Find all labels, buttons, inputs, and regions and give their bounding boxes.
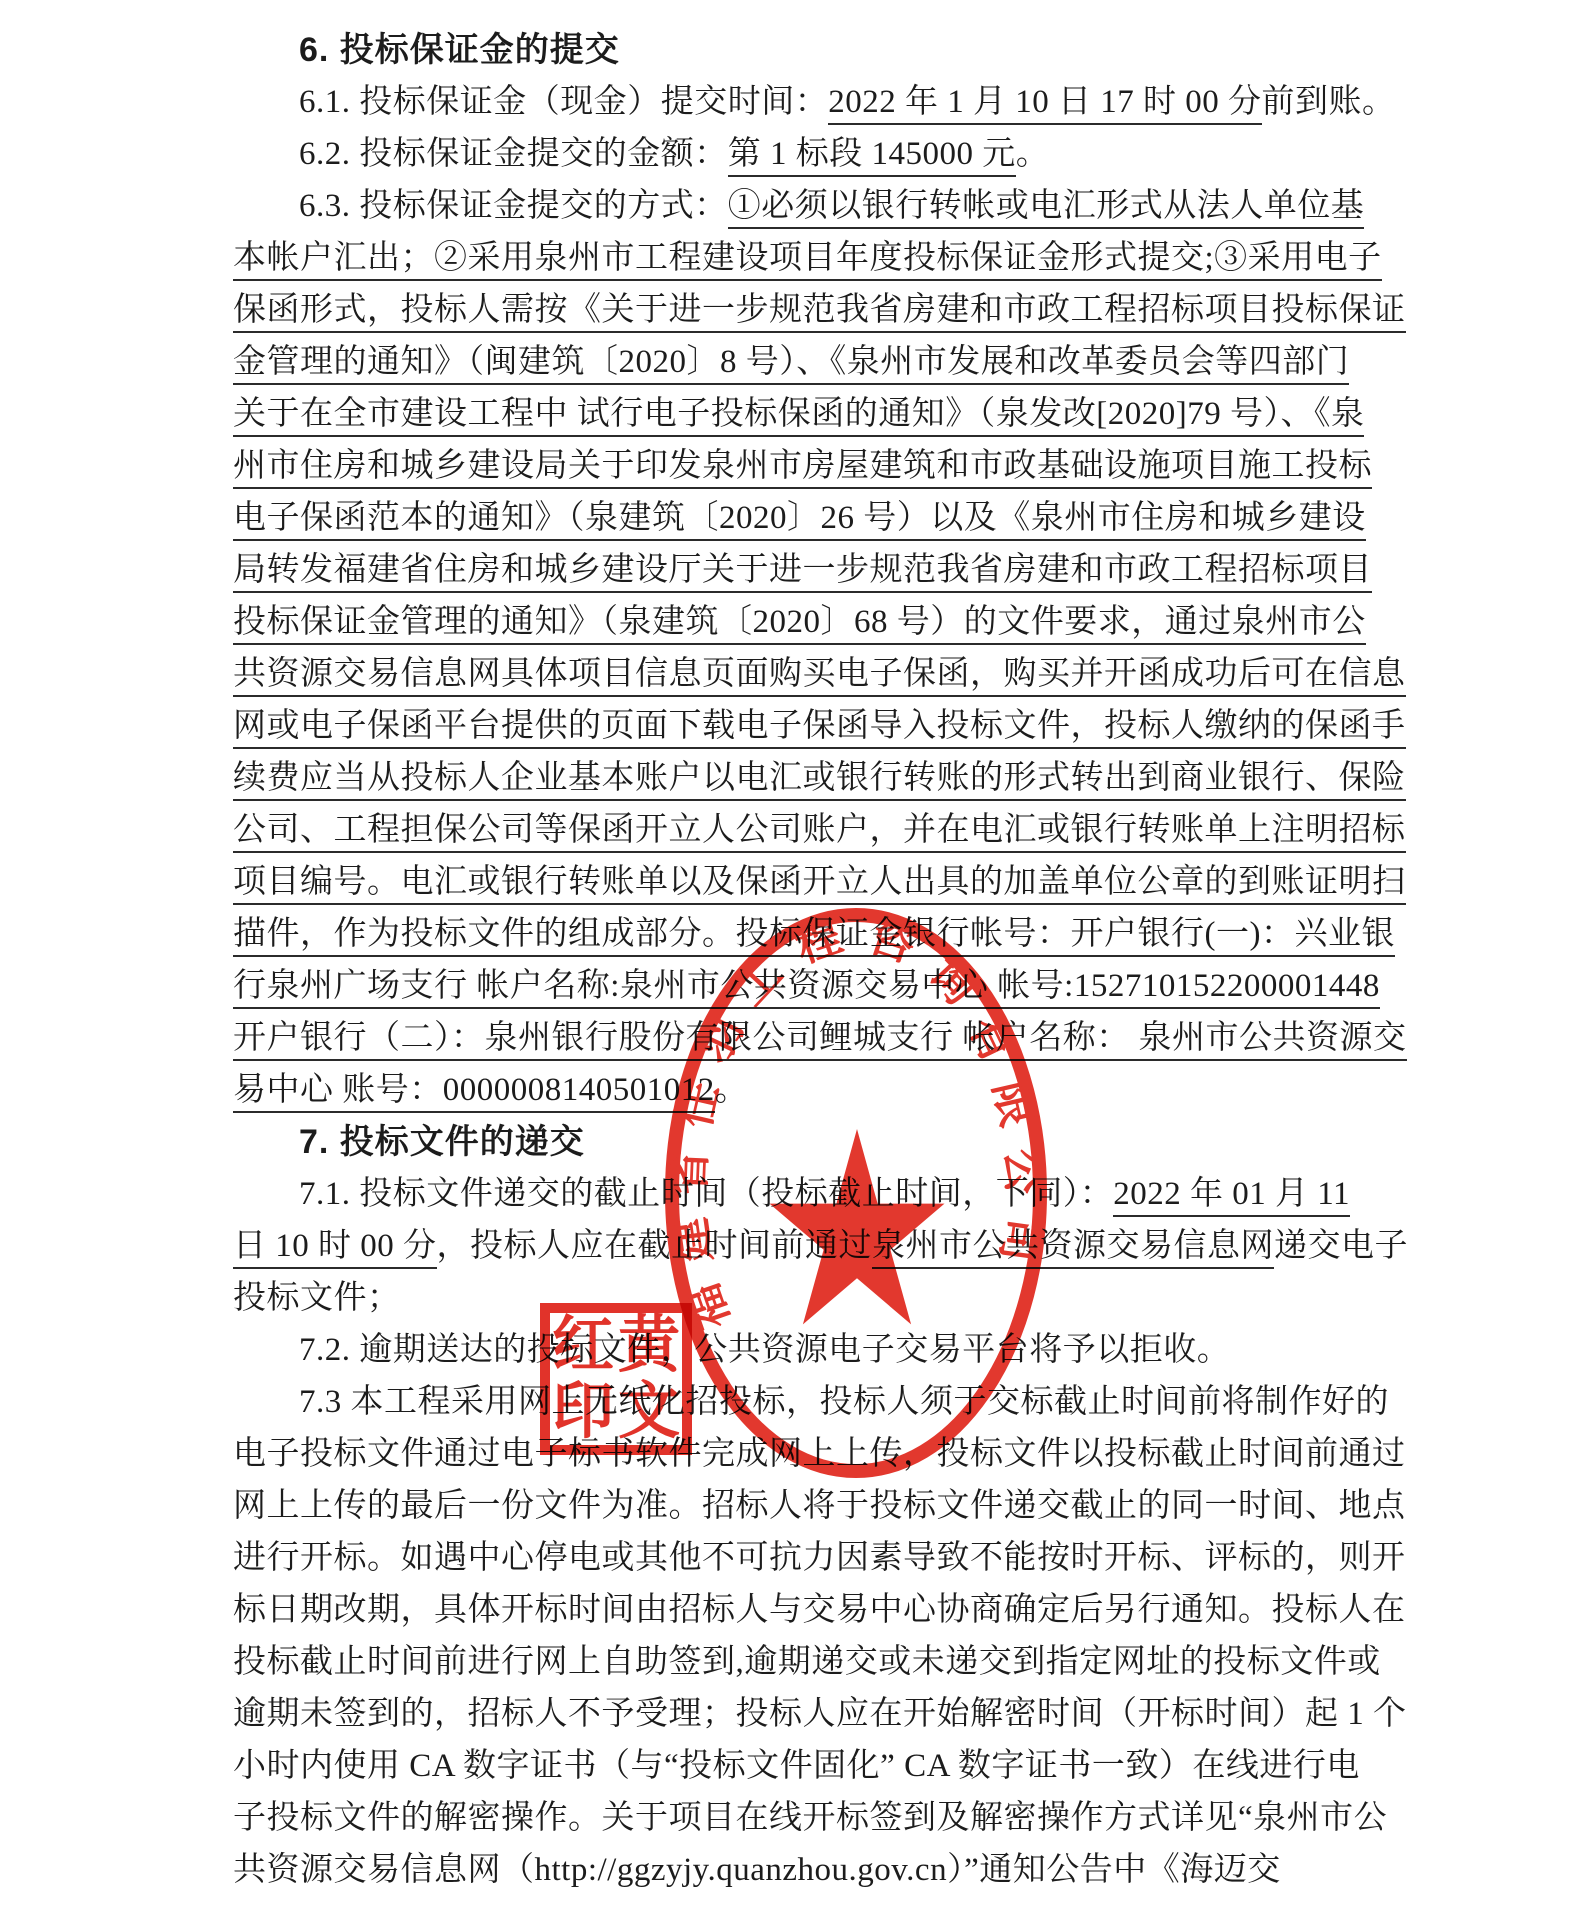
- document-line: 电子投标文件通过电子标书软件完成网上上传，投标文件以投标截止时间前通过: [233, 1428, 1373, 1480]
- underlined-text: 本帐户汇出；②采用泉州市工程建设项目年度投标保证金形式提交;③采用电子: [233, 240, 1382, 281]
- personal-seal-char: 文: [616, 1379, 682, 1445]
- document-line: 共资源交易信息网（http://ggzyjy.quanzhou.gov.cn）”…: [233, 1844, 1373, 1896]
- document-line: 行泉州广场支行 帐户名称:泉州市公共资源交易中心 帐号:152710152200…: [233, 960, 1373, 1012]
- document-line: 6.3. 投标保证金提交的方式：①必须以银行转帐或电汇形式从法人单位基: [233, 180, 1373, 232]
- personal-seal-stamp: 红 黄 印 文: [540, 1303, 692, 1455]
- text: 标日期改期，具体开标时间由招标人与交易中心协商确定后另行通知。投标人在: [233, 1592, 1406, 1628]
- document-line: 易中心 账号：0000008140501012。: [233, 1064, 1373, 1116]
- underlined-text: 易中心 账号：0000008140501012: [233, 1072, 715, 1113]
- text: 。: [1016, 136, 1050, 172]
- underlined-text: 行泉州广场支行 帐户名称:泉州市公共资源交易中心 帐号:152710152200…: [233, 968, 1380, 1009]
- document-line: 7.1. 投标文件递交的截止时间（投标截止时间，下同）：2022 年 01 月 …: [233, 1168, 1373, 1220]
- document-body: 6. 投标保证金的提交6.1. 投标保证金（现金）提交时间：2022 年 1 月…: [233, 24, 1373, 1896]
- personal-seal-char: 印: [550, 1379, 616, 1445]
- text: 7.3 本工程采用网上无纸化招投标，投标人须于交标截止时间前将制作好的: [299, 1384, 1389, 1420]
- underlined-text: 网或电子保函平台提供的页面下载电子保函导入投标文件，投标人缴纳的保函手: [233, 708, 1406, 749]
- underlined-text: 2022 年 1 月 10 日 17 时 00 分: [828, 84, 1261, 125]
- underlined-text: 共资源交易信息网具体项目信息页面购买电子保函，购买并开函成功后可在信息: [233, 656, 1406, 697]
- document-line: 子投标文件的解密操作。关于项目在线开标签到及解密操作方式详见“泉州市公: [233, 1792, 1373, 1844]
- text: 6.2. 投标保证金提交的金额：: [299, 136, 728, 172]
- document-line: 公司、工程担保公司等保函开立人公司账户，并在电汇或银行转账单上注明招标: [233, 804, 1373, 856]
- text: 进行开标。如遇中心停电或其他不可抗力因素导致不能按时开标、评标的，则开: [233, 1540, 1406, 1576]
- text: 递交电子: [1274, 1228, 1408, 1264]
- document-line: 逾期未签到的，招标人不予受理；投标人应在开始解密时间（开标时间）起 1 个: [233, 1688, 1373, 1740]
- document-line: 日 10 时 00 分，投标人应在截止时间前通过泉州市公共资源交易信息网递交电子: [233, 1220, 1373, 1272]
- underlined-text: 电子保函范本的通知》（泉建筑〔2020〕26 号）以及《泉州市住房和城乡建设: [233, 500, 1366, 541]
- underlined-text: 续费应当从投标人企业基本账户以电汇或银行转账的形式转出到商业银行、保险: [233, 760, 1406, 801]
- underlined-text: 日 10 时 00 分: [233, 1228, 437, 1269]
- document-line: 网上上传的最后一份文件为准。招标人将于投标文件递交截止的同一时间、地点: [233, 1480, 1373, 1532]
- document-line: 进行开标。如遇中心停电或其他不可抗力因素导致不能按时开标、评标的，则开: [233, 1532, 1373, 1584]
- underlined-text: 保函形式，投标人需按《关于进一步规范我省房建和市政工程招标项目投标保证: [233, 292, 1406, 333]
- document-line: 7.3 本工程采用网上无纸化招投标，投标人须于交标截止时间前将制作好的: [233, 1376, 1373, 1428]
- document-line: 本帐户汇出；②采用泉州市工程建设项目年度投标保证金形式提交;③采用电子: [233, 232, 1373, 284]
- document-line: 共资源交易信息网具体项目信息页面购买电子保函，购买并开函成功后可在信息: [233, 648, 1373, 700]
- text: 7.1. 投标文件递交的截止时间（投标截止时间，下同）：: [299, 1176, 1113, 1212]
- underlined-text: 公司、工程担保公司等保函开立人公司账户，并在电汇或银行转账单上注明招标: [233, 812, 1406, 853]
- underlined-text: 2022 年 01 月 11: [1113, 1176, 1350, 1217]
- document-line: 标日期改期，具体开标时间由招标人与交易中心协商确定后另行通知。投标人在: [233, 1584, 1373, 1636]
- text: 前到账。: [1262, 84, 1396, 120]
- document-line: 7.2. 逾期送达的投标文件，公共资源电子交易平台将予以拒收。: [233, 1324, 1373, 1376]
- text: 7.2. 逾期送达的投标文件，公共资源电子交易平台将予以拒收。: [299, 1332, 1230, 1368]
- section-heading: 7. 投标文件的递交: [233, 1116, 1373, 1168]
- text: 6.3. 投标保证金提交的方式：: [299, 188, 728, 224]
- text: 7. 投标文件的递交: [299, 1123, 585, 1161]
- underlined-text: 金管理的通知》（闽建筑〔2020〕8 号）、《泉州市发展和改革委员会等四部门: [233, 344, 1349, 385]
- document-line: 电子保函范本的通知》（泉建筑〔2020〕26 号）以及《泉州市住房和城乡建设: [233, 492, 1373, 544]
- text: 共资源交易信息网（http://ggzyjy.quanzhou.gov.cn）”…: [233, 1852, 1281, 1888]
- underlined-text: 开户银行（二）：泉州银行股份有限公司鲤城支行 帐户名称： 泉州市公共资源交: [233, 1020, 1407, 1061]
- text: 6.1. 投标保证金（现金）提交时间：: [299, 84, 828, 120]
- text: 。: [715, 1072, 749, 1108]
- document-line: 小时内使用 CA 数字证书（与“投标文件固化” CA 数字证书一致）在线进行电: [233, 1740, 1373, 1792]
- text: 6. 投标保证金的提交: [299, 31, 620, 69]
- underlined-text: 第 1 标段 145000 元: [728, 136, 1016, 177]
- underlined-text: 局转发福建省住房和城乡建设厅关于进一步规范我省房建和市政工程招标项目: [233, 552, 1372, 593]
- section-heading: 6. 投标保证金的提交: [233, 24, 1373, 76]
- document-line: 关于在全市建设工程中 试行电子投标保函的通知》（泉发改[2020]79 号）、《…: [233, 388, 1373, 440]
- document-line: 6.1. 投标保证金（现金）提交时间：2022 年 1 月 10 日 17 时 …: [233, 76, 1373, 128]
- document-line: 局转发福建省住房和城乡建设厅关于进一步规范我省房建和市政工程招标项目: [233, 544, 1373, 596]
- text: 投标文件；: [233, 1280, 401, 1316]
- underlined-text: 投标保证金管理的通知》（泉建筑〔2020〕68 号）的文件要求，通过泉州市公: [233, 604, 1366, 645]
- document-line: 投标文件；: [233, 1272, 1373, 1324]
- personal-seal-char: 红: [550, 1313, 616, 1379]
- document-line: 保函形式，投标人需按《关于进一步规范我省房建和市政工程招标项目投标保证: [233, 284, 1373, 336]
- text: 逾期未签到的，招标人不予受理；投标人应在开始解密时间（开标时间）起 1 个: [233, 1696, 1407, 1732]
- document-line: 州市住房和城乡建设局关于印发泉州市房屋建筑和市政基础设施项目施工投标: [233, 440, 1373, 492]
- document-line: 6.2. 投标保证金提交的金额：第 1 标段 145000 元。: [233, 128, 1373, 180]
- document-line: 开户银行（二）：泉州银行股份有限公司鲤城支行 帐户名称： 泉州市公共资源交: [233, 1012, 1373, 1064]
- document-line: 网或电子保函平台提供的页面下载电子保函导入投标文件，投标人缴纳的保函手: [233, 700, 1373, 752]
- underlined-text: 州市住房和城乡建设局关于印发泉州市房屋建筑和市政基础设施项目施工投标: [233, 448, 1372, 489]
- text: 投标截止时间前进行网上自助签到,逾期递交或未递交到指定网址的投标文件或: [233, 1644, 1381, 1680]
- text: 子投标文件的解密操作。关于项目在线开标签到及解密操作方式详见“泉州市公: [233, 1800, 1387, 1836]
- text: ，投标人应在截止时间前通过: [437, 1228, 873, 1264]
- underlined-text: 描件，作为投标文件的组成部分。投标保证金银行帐号：开户银行(一)：兴业银: [233, 916, 1395, 957]
- underlined-text: 项目编号。电汇或银行转账单以及保函开立人出具的加盖单位公章的到账证明扫: [233, 864, 1406, 905]
- underlined-text: 关于在全市建设工程中 试行电子投标保函的通知》（泉发改[2020]79 号）、《…: [233, 396, 1364, 437]
- document-line: 项目编号。电汇或银行转账单以及保函开立人出具的加盖单位公章的到账证明扫: [233, 856, 1373, 908]
- document-line: 投标保证金管理的通知》（泉建筑〔2020〕68 号）的文件要求，通过泉州市公: [233, 596, 1373, 648]
- text: 网上上传的最后一份文件为准。招标人将于投标文件递交截止的同一时间、地点: [233, 1488, 1406, 1524]
- document-line: 金管理的通知》（闽建筑〔2020〕8 号）、《泉州市发展和改革委员会等四部门: [233, 336, 1373, 388]
- text: 小时内使用 CA 数字证书（与“投标文件固化” CA 数字证书一致）在线进行电: [233, 1748, 1360, 1784]
- document-line: 投标截止时间前进行网上自助签到,逾期递交或未递交到指定网址的投标文件或: [233, 1636, 1373, 1688]
- personal-seal-char: 黄: [616, 1313, 682, 1379]
- underlined-text: ①必须以银行转帐或电汇形式从法人单位基: [728, 188, 1365, 229]
- document-line: 描件，作为投标文件的组成部分。投标保证金银行帐号：开户银行(一)：兴业银: [233, 908, 1373, 960]
- text: 电子投标文件通过电子标书软件完成网上上传，投标文件以投标截止时间前通过: [233, 1436, 1406, 1472]
- underlined-text: 泉州市公共资源交易信息网: [872, 1228, 1274, 1269]
- document-line: 续费应当从投标人企业基本账户以电汇或银行转账的形式转出到商业银行、保险: [233, 752, 1373, 804]
